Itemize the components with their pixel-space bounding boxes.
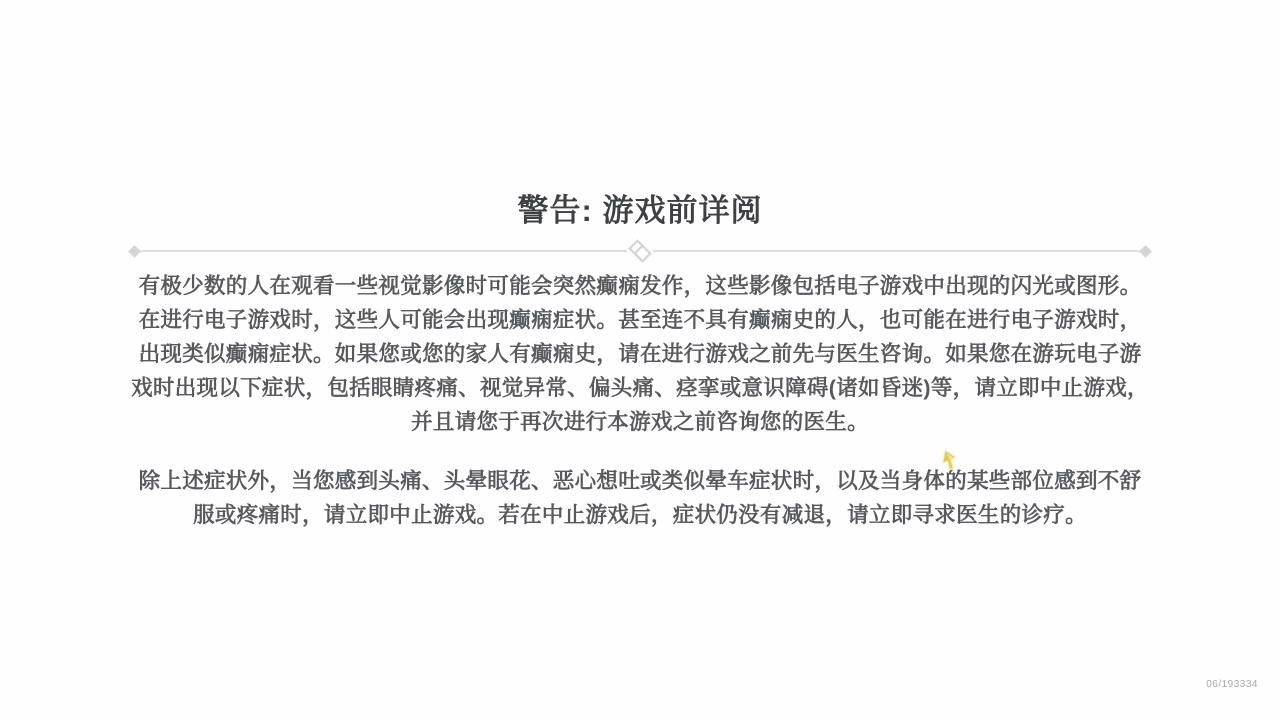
divider-left-diamond-icon [128, 245, 141, 258]
mouse-cursor-icon [941, 449, 959, 472]
warning-paragraph-1: 有极少数的人在观看一些视觉影像时可能会突然癫痫发作，这些影像包括电子游戏中出现的… [110, 269, 1170, 439]
warning-line: 戏时出现以下症状，包括眼睛疼痛、视觉异常、偏头痛、痉挛或意识障碍(诸如昏迷)等，… [110, 371, 1170, 405]
divider-line-left [139, 250, 627, 252]
divider-center-diamond-icon [627, 240, 653, 262]
warning-line: 除上述症状外，当您感到头痛、头晕眼花、恶心想吐或类似晕车症状时，以及当身体的某些… [110, 464, 1170, 498]
warning-line: 在进行电子游戏时，这些人可能会出现癫痫症状。甚至连不具有癫痫史的人，也可能在进行… [110, 303, 1170, 337]
warning-line: 出现类似癫痫症状。如果您或您的家人有癫痫史，请在进行游戏之前先与医生咨询。如果您… [110, 337, 1170, 371]
build-watermark: 06/193334 [1206, 679, 1258, 690]
page-title: 警告: 游戏前详阅 [0, 185, 1280, 230]
warning-line: 并且请您于再次进行本游戏之前咨询您的医生。 [110, 405, 1170, 439]
warning-paragraph-2: 除上述症状外，当您感到头痛、头晕眼花、恶心想吐或类似晕车症状时，以及当身体的某些… [110, 464, 1170, 532]
title-divider [130, 240, 1150, 262]
divider-right-diamond-icon [1139, 245, 1152, 258]
warning-screen[interactable]: 警告: 游戏前详阅 有极少数的人在观看一些视觉影像时可能会突然癫痫发作，这些影像… [0, 0, 1280, 720]
warning-line: 有极少数的人在观看一些视觉影像时可能会突然癫痫发作，这些影像包括电子游戏中出现的… [110, 269, 1170, 303]
warning-line: 服或疼痛时，请立即中止游戏。若在中止游戏后，症状仍没有减退，请立即寻求医生的诊疗… [110, 498, 1170, 532]
divider-line-right [653, 250, 1141, 252]
